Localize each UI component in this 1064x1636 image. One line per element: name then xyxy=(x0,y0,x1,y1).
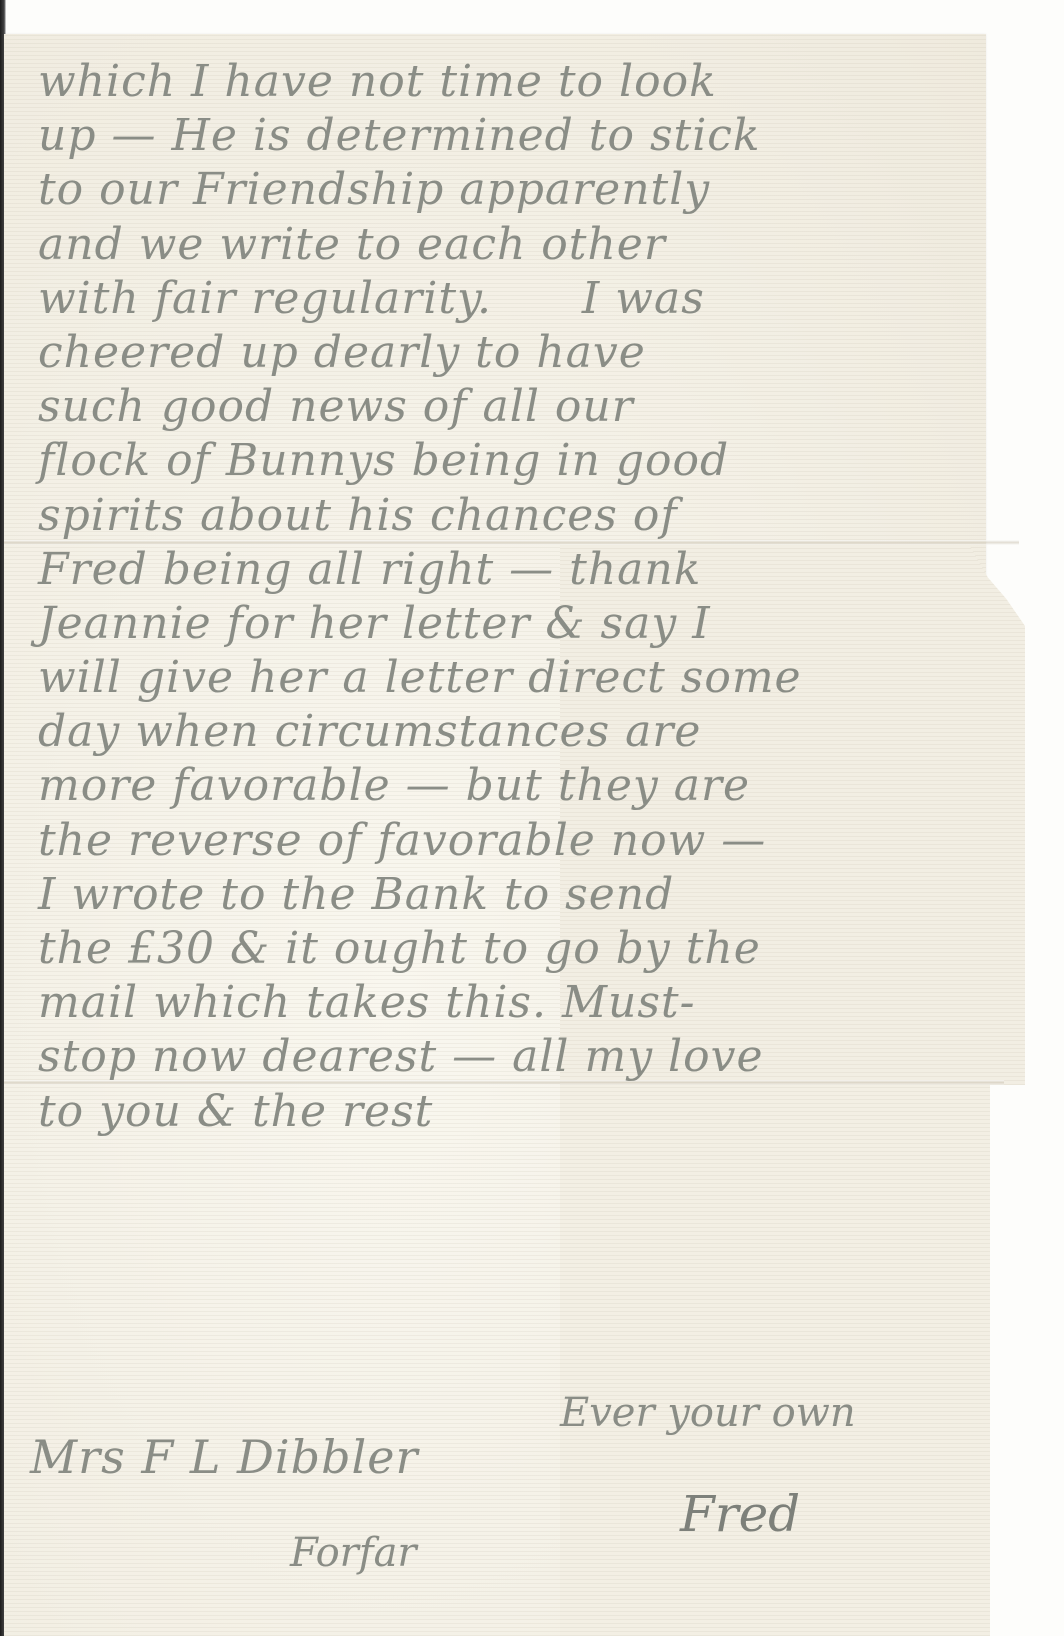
recipient-town: Forfar xyxy=(290,1530,417,1576)
letter-line: such good news of all our xyxy=(38,380,978,434)
letter-paper-lower xyxy=(560,1085,990,1636)
letter-line: Fred being all right — thank xyxy=(38,543,978,597)
letter-body: which I have not time to look up — He is… xyxy=(38,55,978,1139)
letter-line: day when circumstances are xyxy=(38,705,978,759)
letter-line: mail which takes this. Must- xyxy=(38,976,978,1030)
letter-line: I wrote to the Bank to send xyxy=(38,868,978,922)
letter-line: and we write to each other xyxy=(38,218,978,272)
letter-closing: Ever your own xyxy=(560,1390,856,1436)
letter-line: which I have not time to look xyxy=(38,55,978,109)
letter-line: spirits about his chances of xyxy=(38,489,978,543)
letter-line: cheered up dearly to have xyxy=(38,326,978,380)
letter-line: the reverse of favorable now — xyxy=(38,814,978,868)
letter-signature: Fred xyxy=(680,1485,800,1543)
letter-line: to our Friendship apparently xyxy=(38,163,978,217)
letter-line: more favorable — but they are xyxy=(38,759,978,813)
letter-line: with fair regularity. I was xyxy=(38,272,978,326)
recipient-name: Mrs F L Dibbler xyxy=(30,1430,418,1484)
letter-line: up — He is determined to stick xyxy=(38,109,978,163)
letter-line: will give her a letter direct some xyxy=(38,651,978,705)
letter-line: the £30 & it ought to go by the xyxy=(38,922,978,976)
letter-line: stop now dearest — all my love xyxy=(38,1030,978,1084)
letter-line: to you & the rest xyxy=(38,1085,978,1139)
letter-line: flock of Bunnys being in good xyxy=(38,434,978,488)
letter-line: Jeannie for her letter & say I xyxy=(38,597,978,651)
